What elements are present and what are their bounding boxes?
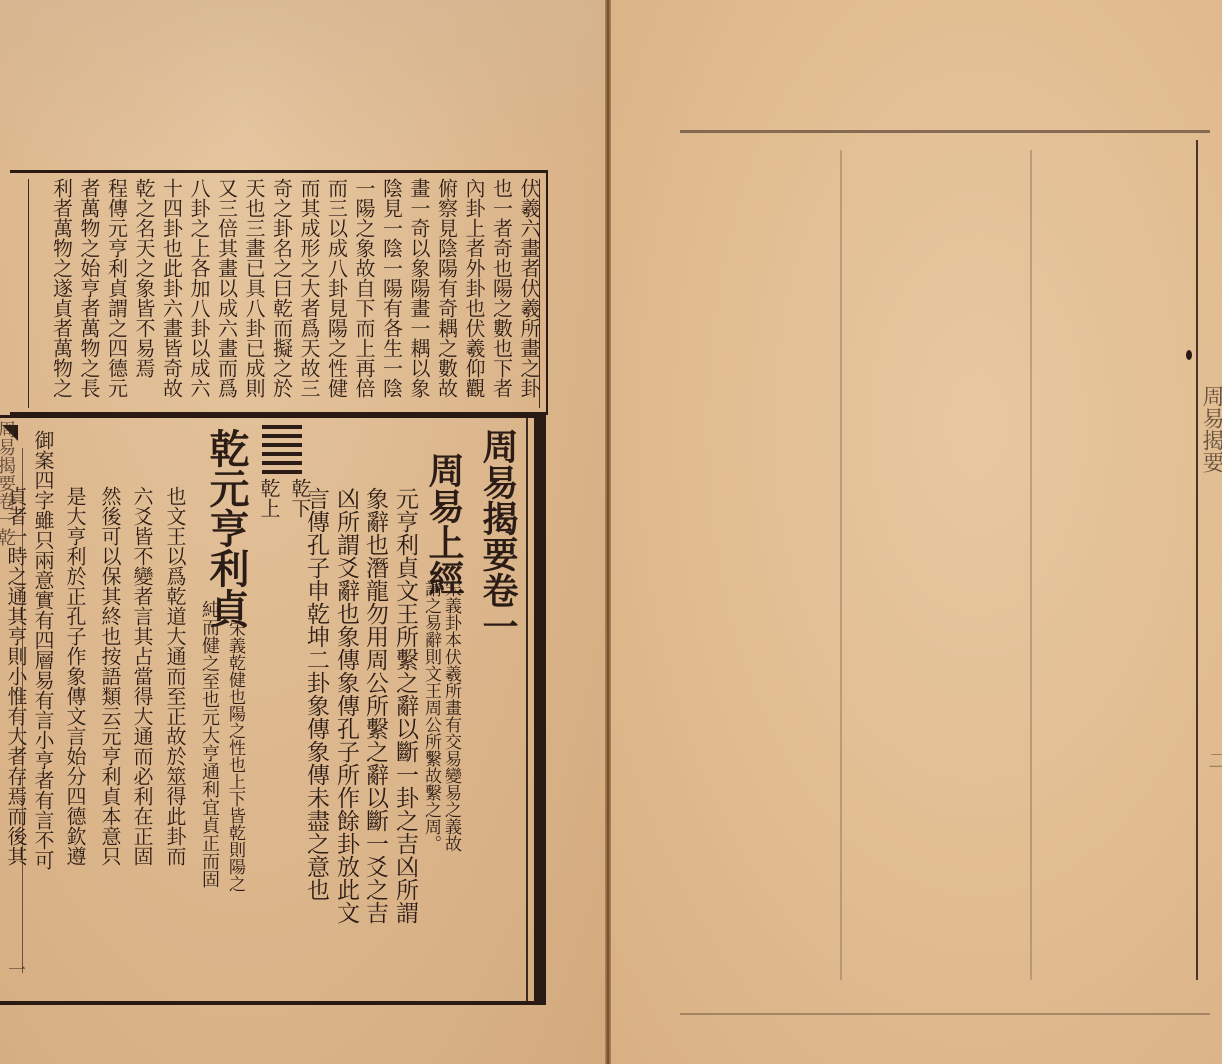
right-page-frame [680, 130, 1210, 1015]
preface-col-1: 元亨利貞文王所繫之辭以斷一卦之吉凶所謂 [392, 487, 418, 924]
commentary-column: 六爻皆不變者言其占當得大通而必利在正固 [131, 486, 153, 866]
upper-commentary-column: 一陽之象故自下而上再倍 [353, 178, 375, 398]
preface-col-2: 象辭也潛龍勿用周公所繫之辭以斷一爻之吉 [362, 487, 388, 924]
upper-commentary-column: 伏羲六畫者伏羲所畫之卦 [518, 178, 540, 398]
section-note-col-1: 宋義卦本伏羲所畫有交易變易之義故 [442, 580, 460, 852]
hexagram-upper: 乾上 [256, 478, 282, 518]
upper-commentary-column: 陰見一陰一陽有各生一陰 [381, 178, 403, 398]
commentary-column: 是大亨利於正孔子作象傳文言始分四德欽遵 [64, 486, 86, 866]
preface-col-4: 言傳孔子申乾坤二卦象傳象傳未盡之意也 [303, 487, 329, 901]
section-title: 周易上經 [424, 452, 464, 596]
left-page-number: 一 [2, 960, 28, 978]
preface-col-3: 凶所謂爻辭也象傳象傳孔子所作餘卦放此文 [333, 487, 359, 924]
upper-commentary-column: 者萬物之始亨者萬物之長 [78, 178, 100, 398]
fold-dot-icon [1186, 350, 1192, 360]
commentary-column: 純而健之至也元大亨通利宜貞正而固 [198, 600, 220, 888]
right-fold-line [1196, 140, 1198, 980]
upper-commentary-column: 又三倍其畫以成六畫而爲 [216, 178, 238, 398]
hexagram-lower: 乾下 [287, 478, 313, 518]
commentary-column: 御案四字雖只兩意實有四層易有言小亨者有言不可 [32, 430, 54, 870]
frame-inner-rule [526, 418, 528, 1001]
commentary-column: 也文王以爲乾道大通而至正故於筮得此卦而 [164, 486, 186, 866]
frame-right-border [534, 415, 546, 1005]
upper-commentary-column: 而其成形之大者爲天故三 [298, 178, 320, 398]
upper-commentary-column: 利者萬物之遂貞者萬物之 [51, 178, 73, 398]
upper-commentary-column: 天也三畫已具八卦已成則 [243, 178, 265, 398]
volume-title: 周易揭要卷一 [478, 428, 518, 644]
judgment-title: 乾元亨利貞 [204, 428, 248, 628]
upper-commentary-column: 程傳元亨利貞謂之四德元 [106, 178, 128, 398]
upper-commentary-column: 八卦之上各加八卦以成六 [188, 178, 210, 398]
left-fold-label: 周易揭要卷一乾 [0, 420, 18, 546]
upper-commentary-column: 也一者奇也陽之數也下者 [491, 178, 513, 398]
right-page-rule [840, 150, 842, 980]
judgment-note: 宋義乾健也陽之性也上下皆乾則陽之 [226, 620, 244, 892]
upper-commentary-column: 而三以成八卦見陽之性健 [326, 178, 348, 398]
section-note-col-2: 謂之易辭則文王周公所繫故繫之周。 [422, 580, 440, 852]
upper-commentary-column: 奇之卦名之曰乾而擬之於 [271, 178, 293, 398]
upper-commentary-column: 十四卦也此卦六畫皆奇故 [161, 178, 183, 398]
upper-commentary-column: 畫一奇以象陽畫一耦以象 [408, 178, 430, 398]
upper-commentary-column: 乾之名天之象皆不易焉 [133, 178, 155, 378]
top-margin [0, 0, 607, 170]
right-page-rule [1030, 150, 1032, 980]
upper-commentary-column: 俯察見陰陽有奇耦之數故 [436, 178, 458, 398]
upper-commentary-column: 內卦上者外卦也伏羲仰觀 [463, 178, 485, 398]
qian-hexagram-icon [262, 425, 302, 479]
right-page-number: 二 [1203, 750, 1222, 770]
right-fold-label: 周易揭要 [1196, 385, 1222, 473]
commentary-column: 然後可以保其終也按語類云元亨利貞本意只 [99, 486, 121, 866]
